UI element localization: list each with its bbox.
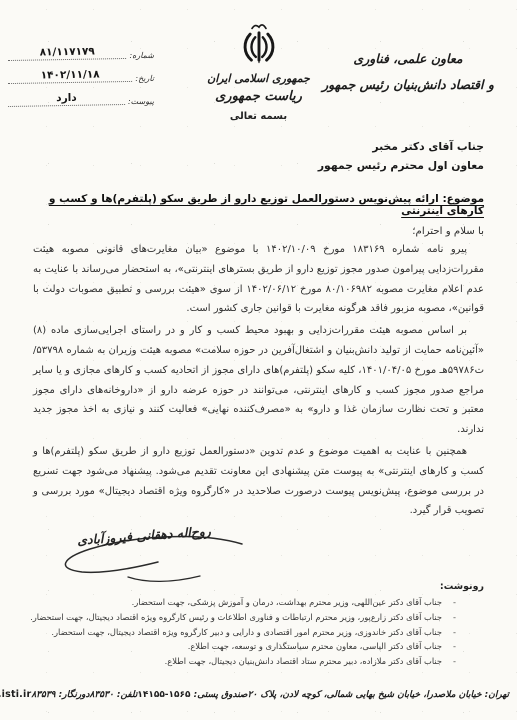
footer-pobox-value: ۱۴۱۵۵-۱۵۶۵ <box>137 690 190 700</box>
dash-bullet: - <box>453 654 456 669</box>
vp-office-title-line2: و اقتصاد دانش‌بنیان رئیس جمهور <box>313 72 503 98</box>
footer-website: www.isti.ir <box>0 689 31 700</box>
letter-number-field: شماره: ۸۱/۱۱۷۱۷۹ <box>8 46 154 60</box>
addressee-block: جناب آقای دکتر مخبر معاون اول محترم رئیس… <box>318 137 484 175</box>
attachment-field: پیوست: دارد <box>8 92 154 106</box>
attachment-value: دارد <box>8 91 125 107</box>
body-paragraph: همچنین با عنایت به اهمیت موضوع و عدم تدو… <box>33 442 484 521</box>
dash-bullet: - <box>453 639 456 654</box>
cc-item: - جناب آقای دکتر الیاسی، معاون محترم سیا… <box>16 639 484 654</box>
footer-address: تهران: خیابان ملاصدرا، خیابان شیخ بهایی … <box>248 690 509 700</box>
dash-bullet: - <box>453 625 456 640</box>
addressee-name: جناب آقای دکتر مخبر <box>318 137 484 156</box>
cc-item-text: جناب آقای دکتر ملازاده، دبیر محترم ستاد … <box>165 654 442 669</box>
cc-block: رونوشت: - جناب آقای دکتر عین‌اللهی، وزیر… <box>16 581 484 669</box>
letter-number-value: ۸۱/۱۱۷۱۷۹ <box>8 45 127 61</box>
footer-fax: دورنگار: ۸۳۵۳۹ <box>31 690 89 700</box>
footer-fax-value: ۸۳۵۳۹ <box>31 690 55 700</box>
dash-bullet: - <box>453 610 456 625</box>
attachment-label: پیوست: <box>128 97 154 106</box>
footer-fax-label: دورنگار: <box>59 690 90 700</box>
vp-office-title-line1: معاون علمی، فناوری <box>313 46 503 72</box>
body-paragraph: بر اساس مصوبه هیئت مقررات‌زدایی و بهبود … <box>33 321 484 440</box>
dash-bullet: - <box>453 595 456 610</box>
cc-item: - جناب آقای دکتر عین‌اللهی، وزیر محترم ب… <box>16 595 484 610</box>
body-paragraph: پیرو نامه شماره ۱۸۳۱۶۹ مورخ ۱۴۰۲/۱۰/۰۹ ب… <box>33 240 484 319</box>
cc-item-text: جناب آقای دکتر خاندوزی، وزیر محترم امور … <box>51 625 442 640</box>
footer: تهران: خیابان ملاصدرا، خیابان شیخ بهایی … <box>8 689 509 700</box>
footer-phone-label: تلفن: <box>117 690 138 700</box>
reference-fields: شماره: ۸۱/۱۱۷۱۷۹ تاریخ: ۱۴۰۲/۱۱/۱۸ پیوست… <box>8 46 154 115</box>
footer-phone: تلفن: ۸۳۵۳۰ <box>90 690 138 700</box>
cc-item-text: جناب آقای دکتر زارع‌پور، وزیر محترم ارتب… <box>30 610 442 625</box>
subject-line: موضوع: ارائه پیش‌نویس دستورالعمل توزیع د… <box>33 193 484 217</box>
footer-phone-value: ۸۳۵۳۰ <box>90 690 114 700</box>
scanned-letter-page: شماره: ۸۱/۱۱۷۱۷۹ تاریخ: ۱۴۰۲/۱۱/۱۸ پیوست… <box>0 0 517 720</box>
cc-item-text: جناب آقای دکتر الیاسی، معاون محترم سیاست… <box>188 639 442 654</box>
cc-item: - جناب آقای دکتر ملازاده، دبیر محترم ستا… <box>16 654 484 669</box>
letter-body: با سلام و احترام؛ پیرو نامه شماره ۱۸۳۱۶۹… <box>33 226 484 523</box>
letter-date-field: تاریخ: ۱۴۰۲/۱۱/۱۸ <box>8 69 154 83</box>
footer-pobox: صندوق پستی: ۱۴۱۵۵-۱۵۶۵ <box>137 690 247 700</box>
letter-number-label: شماره: <box>129 51 154 60</box>
signature-block: روح‌اله دهقانی فیروزآبادی <box>42 522 252 586</box>
letter-date-value: ۱۴۰۲/۱۱/۱۸ <box>8 68 133 84</box>
salutation: با سلام و احترام؛ <box>33 226 484 237</box>
cc-item: - جناب آقای دکتر زارع‌پور، وزیر محترم ار… <box>16 610 484 625</box>
iran-coat-of-arms-icon <box>240 51 278 70</box>
letter-date-label: تاریخ: <box>135 74 154 83</box>
cc-item: - جناب آقای دکتر خاندوزی، وزیر محترم امو… <box>16 625 484 640</box>
invocation: بسمه تعالی <box>0 111 517 122</box>
footer-pobox-label: صندوق پستی: <box>194 690 248 700</box>
vp-office-title: معاون علمی، فناوری و اقتصاد دانش‌بنیان ر… <box>313 46 503 98</box>
cc-item-text: جناب آقای دکتر عین‌اللهی، وزیر محترم بهد… <box>132 595 442 610</box>
addressee-title: معاون اول محترم رئیس جمهور <box>318 156 484 175</box>
cc-label: رونوشت: <box>16 581 484 592</box>
